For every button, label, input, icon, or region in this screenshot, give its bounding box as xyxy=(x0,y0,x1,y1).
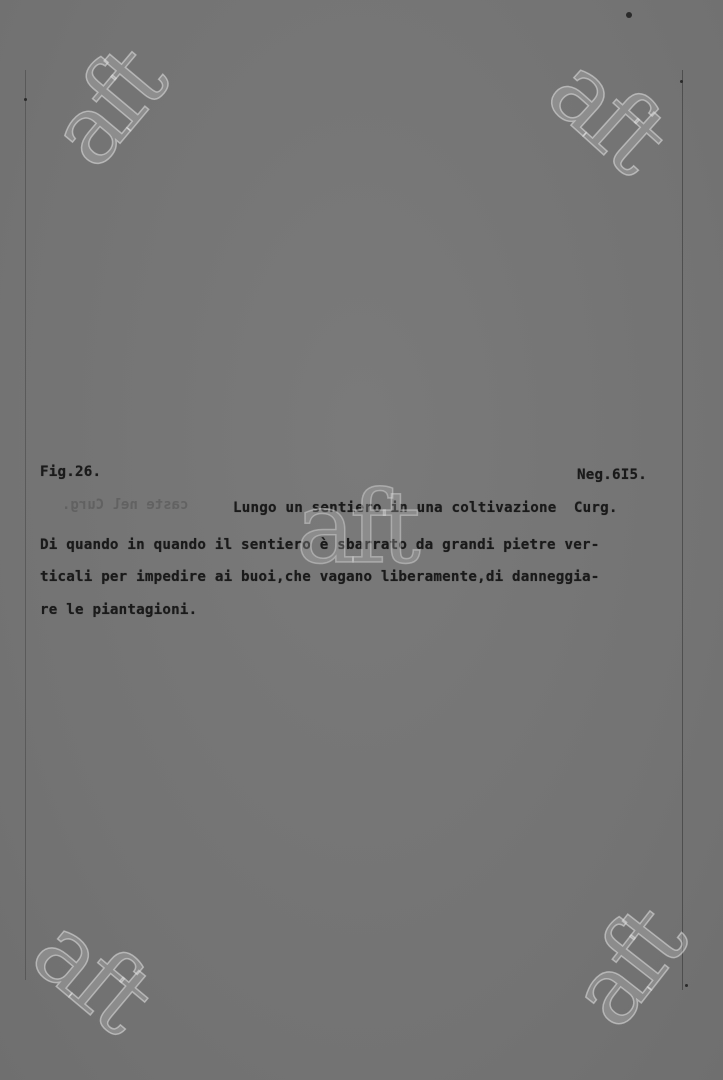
watermark-top-left: aft xyxy=(33,34,179,183)
left-margin-line xyxy=(25,70,26,980)
scanned-document-page: aft aft aft aft caste nel Curg. Fig.26. … xyxy=(0,0,723,1080)
dust-speck xyxy=(680,80,683,83)
caption-line-4: re le piantagioni. xyxy=(40,602,197,618)
caption-line-1: Lungo un sentiero in una coltivazione Cu… xyxy=(233,500,618,516)
watermark-bottom-right: aft xyxy=(554,894,699,1042)
right-margin-line xyxy=(682,70,683,990)
figure-label: Fig.26. xyxy=(40,464,101,480)
watermark-center: aft xyxy=(296,478,415,578)
watermark-top-right: aft xyxy=(532,39,680,186)
negative-number: Neg.6I5. xyxy=(577,467,647,483)
bleed-through-text: caste nel Curg. xyxy=(62,497,188,513)
dust-speck xyxy=(685,984,688,987)
dust-speck xyxy=(24,98,27,101)
dust-speck xyxy=(626,12,632,18)
watermark-bottom-left: aft xyxy=(17,900,166,1046)
